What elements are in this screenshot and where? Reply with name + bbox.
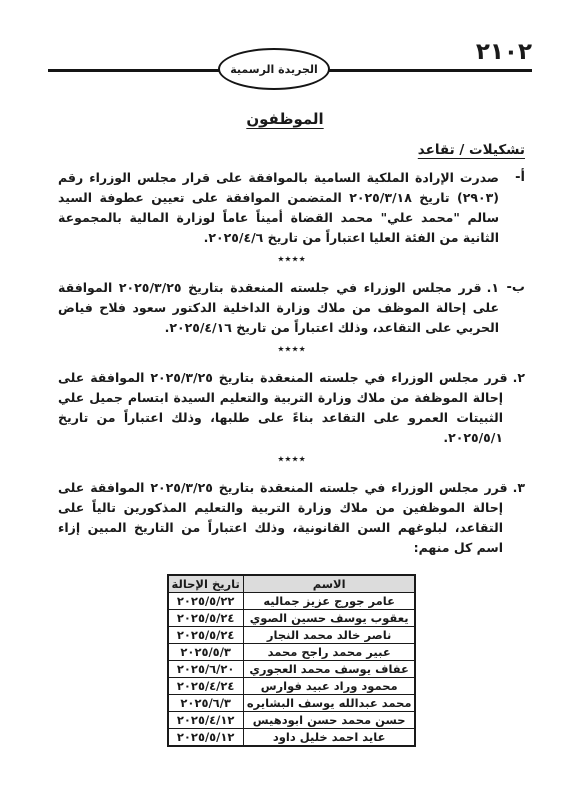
paragraph-marker: أ- — [499, 168, 525, 248]
date-cell: ٢٠٢٥/٥/٢٤ — [168, 610, 244, 627]
gazette-page: { "page": { "number": "٢١٠٢", "banner": … — [0, 0, 570, 800]
paragraph-marker: ب- — [499, 278, 525, 338]
name-cell: محمد عبدالله يوسف البشايره — [243, 695, 415, 712]
paragraph-number: ٣. — [513, 480, 525, 495]
table-row: عفاف يوسف محمد العجوري ٢٠٢٥/٦/٢٠ — [168, 661, 416, 678]
content: أ- صدرت الإرادة الملكية السامية بالموافق… — [0, 168, 570, 747]
date-cell: ٢٠٢٥/٦/٣ — [168, 695, 244, 712]
page-number: ٢١٠٢ — [476, 38, 532, 66]
decree-paragraph-2: ٢.قرر مجلس الوزراء في جلسته المنعقدة بتا… — [58, 368, 525, 448]
decree-paragraph-3: ٣.قرر مجلس الوزراء في جلسته المنعقدة بتا… — [58, 478, 525, 558]
name-cell: عفاف يوسف محمد العجوري — [243, 661, 415, 678]
paragraph-number: ١. — [487, 280, 499, 295]
table-row: محمود وراد عبيد فوارس ٢٠٢٥/٤/٢٤ — [168, 678, 416, 695]
table-header-name: الاسم — [243, 575, 415, 593]
decree-paragraph-a: أ- صدرت الإرادة الملكية السامية بالموافق… — [58, 168, 525, 248]
table-header-date: تاريخ الإحالة — [168, 575, 244, 593]
paragraph-text: صدرت الإرادة الملكية السامية بالموافقة ع… — [58, 168, 499, 248]
section-title: الموظفون — [0, 110, 570, 128]
date-cell: ٢٠٢٥/٥/٣ — [168, 644, 244, 661]
name-cell: ناصر خالد محمد النجار — [243, 627, 415, 644]
paragraph-text: ٢.قرر مجلس الوزراء في جلسته المنعقدة بتا… — [58, 368, 525, 448]
table-header-row: الاسم تاريخ الإحالة — [168, 575, 416, 593]
table-row: عامر جورج عزيز جماليه ٢٠٢٥/٥/٢٢ — [168, 593, 416, 610]
table-row: محمد عبدالله يوسف البشايره ٢٠٢٥/٦/٣ — [168, 695, 416, 712]
name-cell: محمود وراد عبيد فوارس — [243, 678, 415, 695]
gazette-seal-label: الجريدة الرسمية — [230, 63, 318, 76]
table-row: ناصر خالد محمد النجار ٢٠٢٥/٥/٢٤ — [168, 627, 416, 644]
date-cell: ٢٠٢٥/٥/٢٤ — [168, 627, 244, 644]
decree-paragraph-b1: ب- ١.قرر مجلس الوزراء في جلسته المنعقدة … — [58, 278, 525, 338]
page-header: ٢١٠٢ الجريدة الرسمية — [0, 0, 570, 92]
name-cell: عامر جورج عزيز جماليه — [243, 593, 415, 610]
table-row: عبير محمد راجح محمد ٢٠٢٥/٥/٣ — [168, 644, 416, 661]
retirement-table: الاسم تاريخ الإحالة عامر جورج عزيز جمالي… — [167, 574, 417, 747]
name-cell: حسن محمد حسن ابودهيس — [243, 712, 415, 729]
separator-stars: ٭٭٭٭ — [58, 342, 525, 358]
date-cell: ٢٠٢٥/٦/٢٠ — [168, 661, 244, 678]
name-cell: يعقوب يوسف حسين الصوي — [243, 610, 415, 627]
name-cell: عبير محمد راجح محمد — [243, 644, 415, 661]
date-cell: ٢٠٢٥/٤/٢٤ — [168, 678, 244, 695]
table-row: حسن محمد حسن ابودهيس ٢٠٢٥/٤/١٢ — [168, 712, 416, 729]
separator-stars: ٭٭٭٭ — [58, 452, 525, 468]
date-cell: ٢٠٢٥/٤/١٢ — [168, 712, 244, 729]
subsection-title: تشكيلات / تقاعد — [0, 142, 525, 158]
name-cell: عايد احمد خليل داود — [243, 729, 415, 747]
separator-stars: ٭٭٭٭ — [58, 252, 525, 268]
gazette-seal: الجريدة الرسمية — [218, 48, 330, 90]
paragraph-number: ٢. — [513, 370, 525, 385]
date-cell: ٢٠٢٥/٥/٢٢ — [168, 593, 244, 610]
table-row: عايد احمد خليل داود ٢٠٢٥/٥/١٢ — [168, 729, 416, 747]
table-row: يعقوب يوسف حسين الصوي ٢٠٢٥/٥/٢٤ — [168, 610, 416, 627]
paragraph-text: ١.قرر مجلس الوزراء في جلسته المنعقدة بتا… — [58, 278, 499, 338]
paragraph-text: ٣.قرر مجلس الوزراء في جلسته المنعقدة بتا… — [58, 478, 525, 558]
date-cell: ٢٠٢٥/٥/١٢ — [168, 729, 244, 747]
